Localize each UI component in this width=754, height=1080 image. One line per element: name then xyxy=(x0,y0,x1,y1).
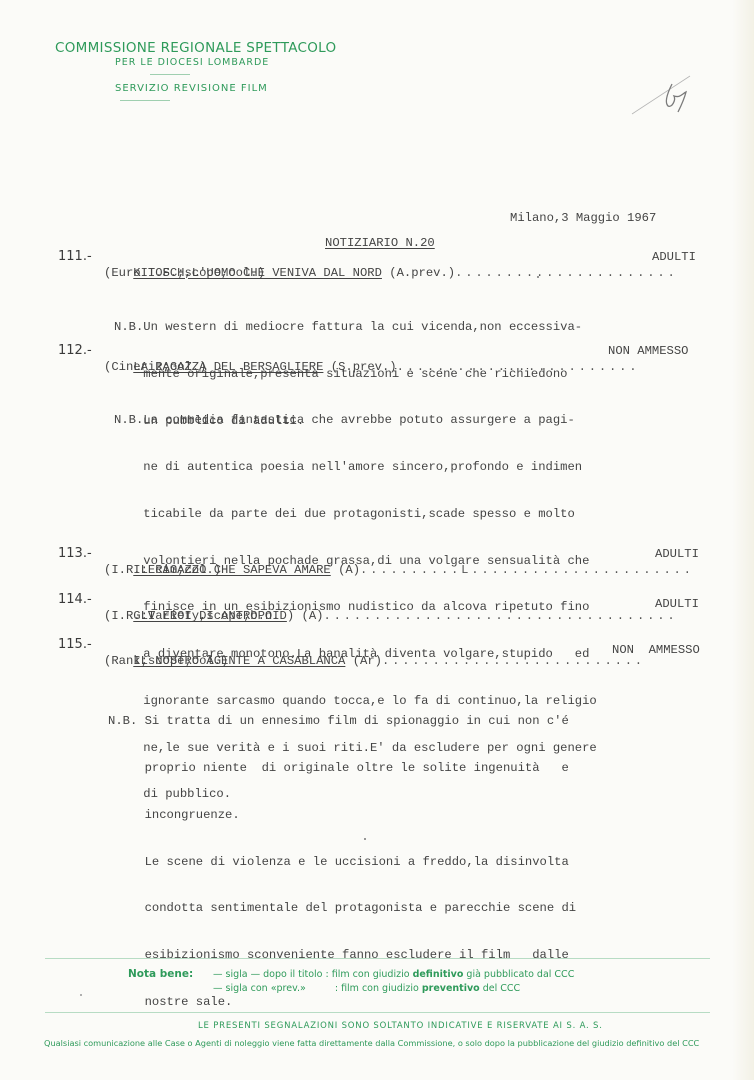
ink-speck xyxy=(364,838,366,840)
letterhead-divider xyxy=(150,74,190,75)
communication-notice: Qualsiasi comunicazione alle Case o Agen… xyxy=(44,1038,699,1048)
verdict: NON AMMESSO xyxy=(612,643,700,659)
verdict: ADULTI xyxy=(652,250,696,266)
note-line: N.B.La commedia fantastica che avrebbe p… xyxy=(114,413,597,429)
note-line: N.B.Un western di mediocre fattura la cu… xyxy=(114,320,582,336)
nota-line-preventive: — sigla con «prev.» : film con giudizio … xyxy=(213,983,520,994)
entry-number: 115.- xyxy=(58,637,92,652)
nota-emphasis: preventivo xyxy=(422,983,480,994)
nota-value: film con giudizio xyxy=(341,983,422,994)
note-line: nostre sale. xyxy=(108,995,576,1011)
confidentiality-notice: LE PRESENTI SEGNALAZIONI SONO SOLTANTO I… xyxy=(198,1021,603,1031)
note-line: esibizionismo sconveniente fanno esclude… xyxy=(108,948,576,964)
nota-key: — sigla — dopo il titolo xyxy=(213,969,323,980)
organization-subtitle: PER LE DIOCESI LOMBARDE xyxy=(115,57,269,68)
service-name: SERVIZIO REVISIONE FILM xyxy=(115,83,268,94)
letterhead: COMMISSIONE REGIONALE SPETTACOLO PER LE … xyxy=(55,40,355,56)
nota-value: già pubblicato dal CCC xyxy=(463,969,574,980)
ink-speck xyxy=(80,994,82,996)
nota-value: film con giudizio xyxy=(332,969,413,980)
classification: (S.prev.) xyxy=(331,360,397,374)
note-line: N.B. Si tratta di un ennesimo film di sp… xyxy=(108,714,576,730)
verdict: ADULTI xyxy=(655,597,699,613)
date-line: Milano,3 Maggio 1967 xyxy=(510,211,656,227)
nota-separator: : xyxy=(335,983,338,994)
ink-speck xyxy=(537,276,539,278)
entry-number: 114.- xyxy=(58,592,92,607)
footer-divider xyxy=(45,958,710,959)
distributor: (I.R.:Ecim;col.) xyxy=(104,563,221,579)
dot-leader: ..........L...................... xyxy=(360,563,694,577)
verdict: ADULTI xyxy=(655,547,699,563)
note-line: Le scene di violenza e le uccisioni a fr… xyxy=(108,855,576,871)
classification: (Ar) xyxy=(353,654,382,668)
footer-divider xyxy=(45,1012,710,1013)
note-line: ne di autentica poesia nell'amore sincer… xyxy=(114,460,597,476)
classification: (A) xyxy=(302,609,324,623)
distributor: (Rank;scope;col.) xyxy=(104,654,228,670)
nota-value: del CCC xyxy=(480,983,520,994)
nota-key: — sigla con «prev.» xyxy=(213,983,306,994)
letterhead-divider xyxy=(120,100,170,101)
distributor: (Cineriz;col.) xyxy=(104,360,206,376)
classification: (A) xyxy=(338,563,360,577)
dot-leader: ................................... xyxy=(323,609,677,623)
nota-emphasis: definitivo xyxy=(413,969,464,980)
entry-number: 111.- xyxy=(58,249,92,264)
nota-separator: : xyxy=(326,969,329,980)
paper-edge xyxy=(732,0,754,1080)
signature-icon xyxy=(630,72,720,122)
nota-line-definitive: — sigla — dopo il titolo : film con giud… xyxy=(213,969,574,980)
entry-number: 113.- xyxy=(58,546,92,561)
note-line: condotta sentimentale del protagonista e… xyxy=(108,901,576,917)
distributor: (I.R.:Variety,scope;b.n. ) xyxy=(104,609,294,625)
dot-leader: ........................ xyxy=(397,360,640,374)
note-line: incongruenze. xyxy=(108,808,576,824)
dot-leader: .......................... xyxy=(382,654,645,668)
note-line: ticabile da parte dei due protagonisti,s… xyxy=(114,507,597,523)
verdict: NON AMMESSO xyxy=(608,344,688,360)
organization-name: COMMISSIONE REGIONALE SPETTACOLO xyxy=(55,40,355,56)
dot-leader: ...................... xyxy=(455,266,678,280)
entry-number: 112.- xyxy=(58,343,92,358)
distributor: (Euro I.F.;scope,col.) xyxy=(104,266,265,282)
note-line: proprio niente di originale oltre le sol… xyxy=(108,761,576,777)
classification: (A.prev.) xyxy=(389,266,455,280)
nota-bene-label: Nota bene: xyxy=(128,968,193,980)
